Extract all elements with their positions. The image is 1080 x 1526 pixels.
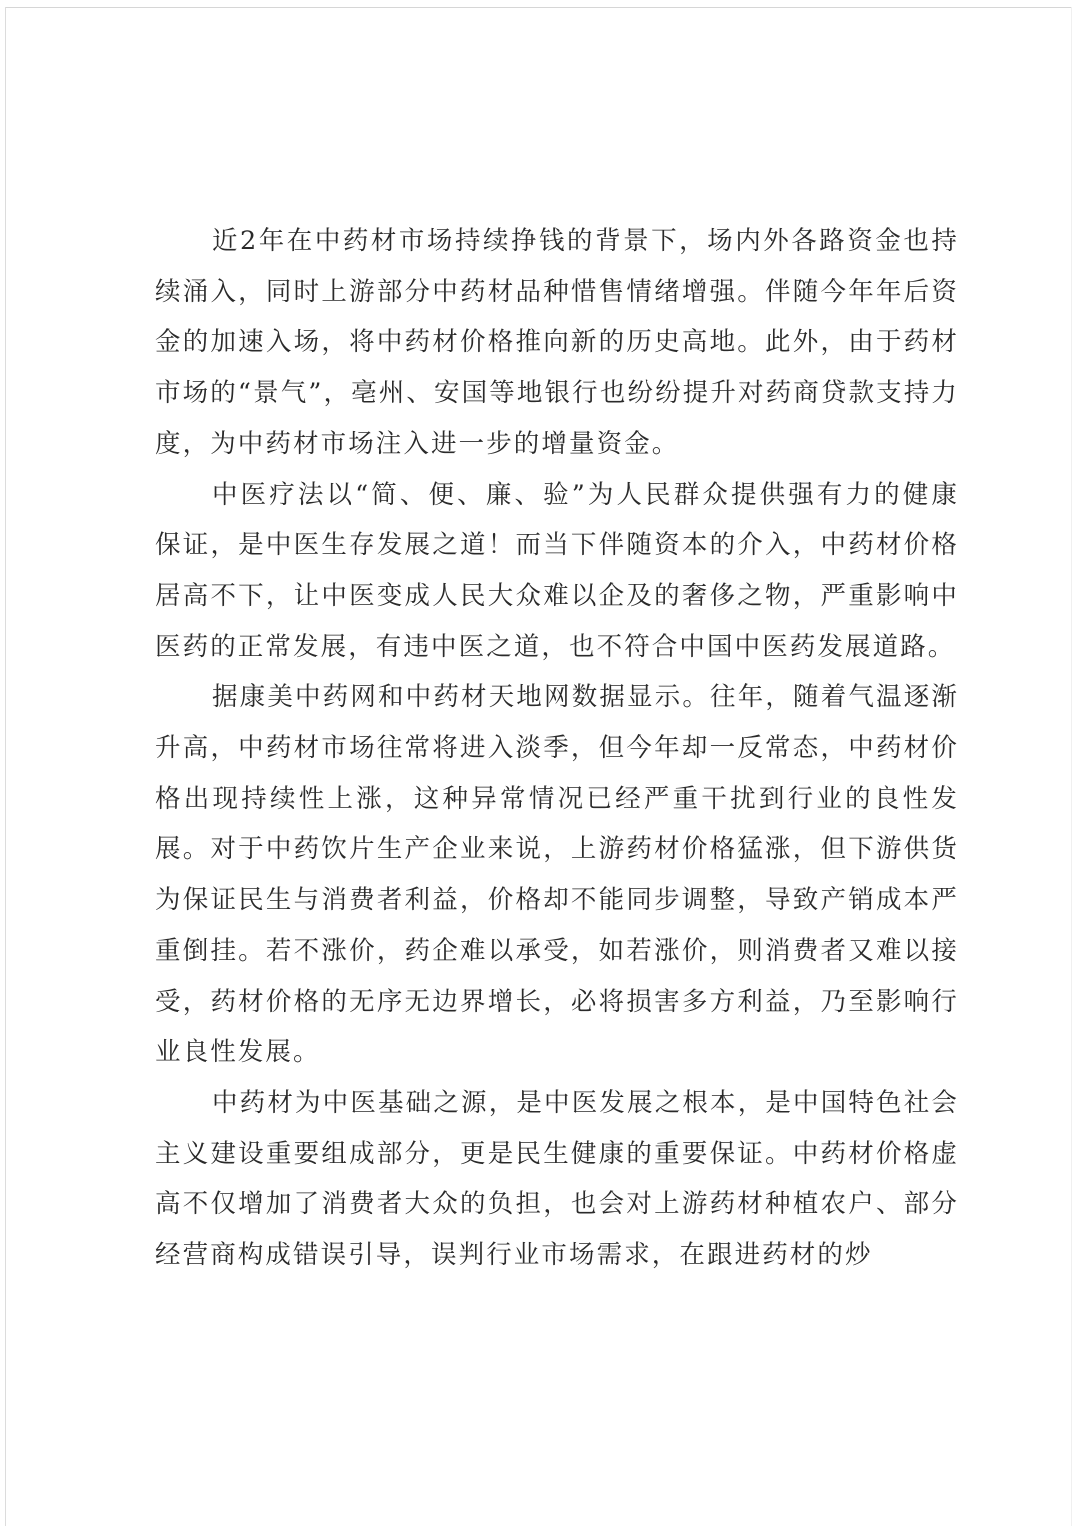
paragraph-market-data: 据康美中药网和中药材天地网数据显示。往年，随着气温逐渐升高，中药材市场往常将进入… [155,672,959,1078]
page-edge-left [5,7,6,1526]
page-edge-right [1071,7,1072,1526]
paragraph-tcm-principles: 中医疗法以“简、便、廉、验”为人民群众提供强有力的健康保证，是中医生存发展之道！… [155,470,959,673]
document-body: 近2年在中药材市场持续挣钱的背景下，场内外各路资金也持续涌入，同时上游部分中药材… [155,216,959,1281]
paragraph-capital-inflow: 近2年在中药材市场持续挣钱的背景下，场内外各路资金也持续涌入，同时上游部分中药材… [155,216,959,470]
paragraph-herb-importance: 中药材为中医基础之源，是中医发展之根本，是中国特色社会主义建设重要组成部分，更是… [155,1078,959,1281]
page-edge-top [5,7,1072,8]
